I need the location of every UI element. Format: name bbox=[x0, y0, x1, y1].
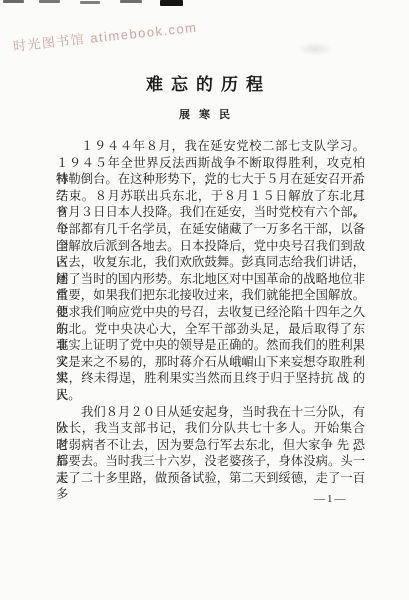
text-line: 我们８月２０日从延安起身，当时我在十三分队，有分 bbox=[56, 404, 365, 421]
text-line: １９４４年８月，我在延安党校二部七支队学习。 bbox=[56, 138, 365, 155]
text-line: １９４５年全世界反法西斯战争不断取得胜利，攻克柏林，希 bbox=[56, 155, 365, 172]
watermark: 时光图书馆 atimebook.com bbox=[12, 17, 198, 55]
text-line: 特勒倒台。在这种形势下，党的七大于５月在延安召开。７月 bbox=[56, 171, 365, 188]
scan-artifact bbox=[3, 0, 24, 3]
body-text: １９４４年８月，我在延安党校二部七支队学习。 １９４５年全世界反法西斯战争不断取… bbox=[56, 138, 365, 486]
scan-artifact bbox=[39, 0, 60, 3]
text-line: 队长，我当支部书记，我们分队共七十多人。开始集合时， bbox=[56, 420, 365, 437]
scan-artifact bbox=[160, 0, 183, 6]
scan-artifact bbox=[120, 0, 142, 3]
text-line: 实，终未得逞，胜利果实当然而且终于归于坚持抗 战 的 人 bbox=[56, 370, 365, 387]
scanned-book-page: 时光图书馆 atimebook.com 难忘的历程 展寒民 １９４４年８月，我在… bbox=[0, 0, 409, 600]
page-title: 难忘的历程 bbox=[0, 70, 409, 95]
text-line: 东北。党中央决心大，全军干部劲头足，最后取得了东北， bbox=[56, 321, 365, 338]
text-line: 事实上证明了党中央的领导是正确的。然而我们的胜利果实 bbox=[56, 337, 365, 354]
page-number: —1— bbox=[314, 493, 348, 505]
scan-smudge bbox=[297, 42, 333, 56]
text-line: 结束。８月苏联出兵东北，于８月１５日解放了东北三省。 bbox=[56, 188, 365, 205]
text-line: 国解放后派到各地去。日本投降后，党中央号召我们到敌占 bbox=[56, 238, 365, 255]
text-line: 民。 bbox=[56, 387, 365, 404]
text-line: 个部都有几千名学员，在延安储藏了一万多名干部，以备全 bbox=[56, 221, 365, 238]
text-line: ９月３日日本人投降。我们在延安，当时党校有六个部，每 bbox=[56, 204, 365, 221]
text-line: 又是来之不易的，那时蒋介石从峨嵋山下来妄想夺取胜利果 bbox=[56, 354, 365, 371]
text-line: 走了二十多里路，做预备试验，第二天到绥德，走了一百多 bbox=[56, 470, 365, 487]
text-line: 要求我们响应党中央的号召，去收复已经沦陷十四年之久的 bbox=[56, 304, 365, 321]
text-line: 区去，收复东北，我们欢欣鼓舞。彭真同志给我们讲话，阐 bbox=[56, 254, 365, 271]
text-line: 述了当时的国内形势。东北地区对中国革命的战略地位非常 bbox=[56, 271, 365, 288]
text-line: 老弱病者不让去，因为要急行军去东北，但大家争 先 恐 后 bbox=[56, 437, 365, 454]
text-line: 重要，如果我们把东北接收过来，我们就能把全国解放。他 bbox=[56, 287, 365, 304]
scan-artifact bbox=[80, 1, 100, 4]
author-name: 展寒民 bbox=[0, 106, 409, 122]
text-line: 都要去。当时我三十六岁，没老婆孩子，身体没病。头一天 bbox=[56, 453, 365, 470]
